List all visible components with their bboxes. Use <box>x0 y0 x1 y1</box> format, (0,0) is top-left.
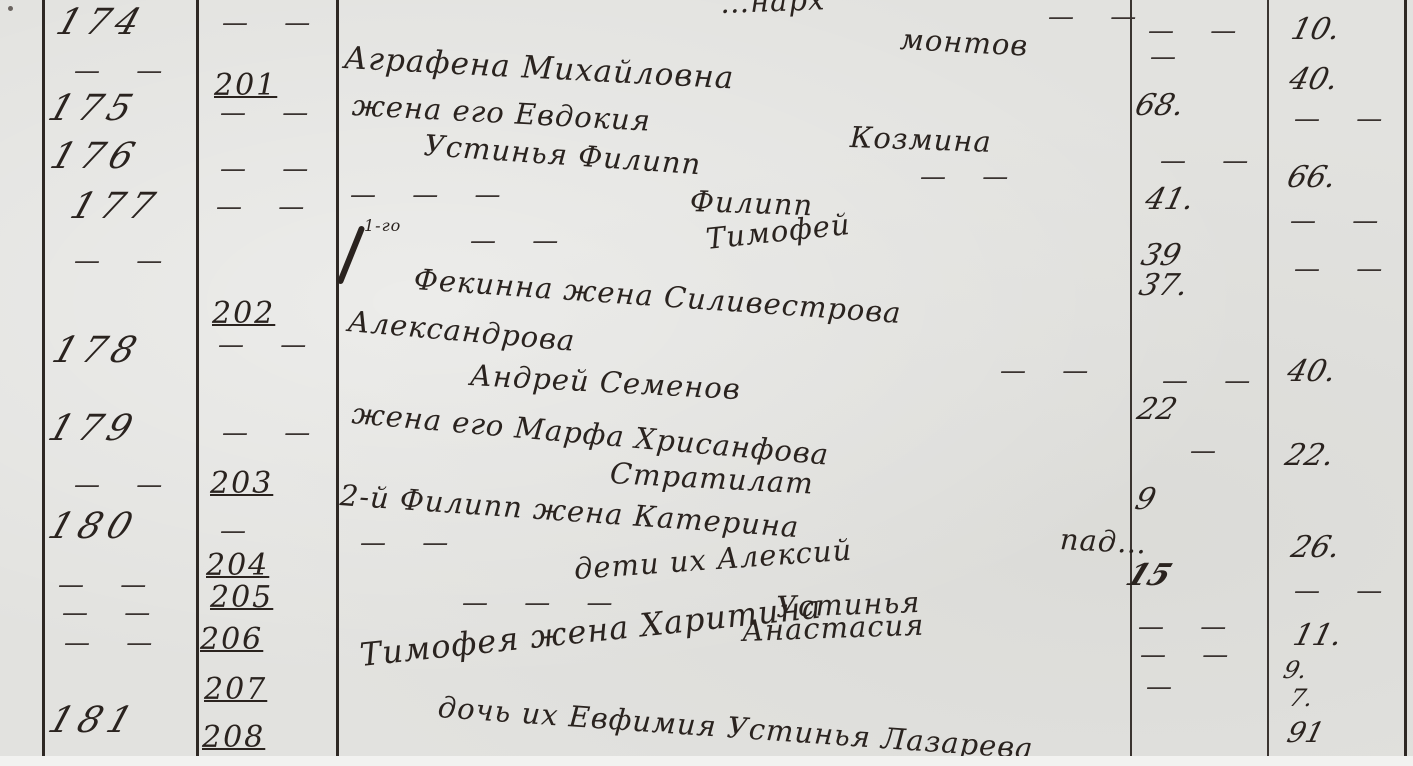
male-entry-no: 175 <box>43 88 143 129</box>
paper-speck <box>8 6 13 11</box>
register-page: 174 — — 175 176 177 — — 178 179 — — 180 … <box>0 0 1413 756</box>
male-age-dash: — <box>1190 436 1230 466</box>
household-dash: — — <box>218 330 320 360</box>
female-age: 40. <box>1284 354 1340 389</box>
person-name: Аграфена Михайловна <box>343 40 735 96</box>
male-age: 9 <box>1132 482 1160 517</box>
female-age: 22. <box>1282 438 1338 473</box>
female-age-dash: — — <box>1294 254 1396 284</box>
male-entry-dash: — — <box>74 56 176 86</box>
person-name: Козмина <box>849 120 992 159</box>
household-no: 202 <box>212 296 275 331</box>
male-age-dash: — — <box>1140 640 1242 670</box>
male-entry-no: 178 <box>47 330 147 371</box>
female-age-dash: — — <box>1294 104 1396 134</box>
bracket-marker <box>337 225 366 285</box>
person-name: дети их Алексий <box>573 533 853 586</box>
male-age-dash: — — <box>1138 612 1240 642</box>
male-age-dash: — <box>1146 672 1186 702</box>
female-age-dash: — — <box>1290 206 1392 236</box>
female-age: 66. <box>1284 160 1340 195</box>
household-no: 206 <box>200 622 263 657</box>
name-dash: — <box>1150 42 1190 72</box>
name-dash: — — <box>920 162 1022 192</box>
household-dash: — — <box>222 418 324 448</box>
male-entry-dash: — — <box>58 570 160 600</box>
female-age: 7. <box>1287 684 1317 712</box>
female-age: 91 <box>1284 716 1328 749</box>
column-rule-names <box>336 0 339 756</box>
column-rule-household <box>196 0 199 756</box>
column-rule-male-age <box>1130 0 1132 756</box>
household-no: 204 <box>206 548 269 583</box>
male-age: 68. <box>1132 88 1188 123</box>
male-entry-no: 176 <box>45 136 145 177</box>
female-age: 10. <box>1288 12 1344 47</box>
female-age-dash: — — <box>1294 576 1396 606</box>
annotation-note: …нарх <box>719 0 825 20</box>
column-rule-left <box>42 0 45 756</box>
male-entry-no: 181 <box>43 700 143 741</box>
column-rule-female-age <box>1267 0 1269 756</box>
household-dash: — — <box>222 8 324 38</box>
household-dash: — — <box>216 192 318 222</box>
household-no: 207 <box>204 672 267 707</box>
household-no: 203 <box>210 466 273 501</box>
household-no: 205 <box>210 580 273 615</box>
male-entry-dash: — — <box>64 628 166 658</box>
female-age: 26. <box>1288 530 1344 565</box>
male-age-dash: — — <box>1160 146 1262 176</box>
female-age: 9. <box>1281 656 1311 684</box>
male-entry-dash: — — <box>74 246 176 276</box>
male-entry-no: 177 <box>65 186 165 227</box>
bracket-label: 1-го <box>364 216 401 235</box>
household-dash: — — <box>220 154 322 184</box>
person-name: дочь их Евфимия Устинья Лазарева <box>437 690 1035 756</box>
person-name: Устинья Филипп <box>423 128 703 181</box>
household-dash: — — <box>220 98 322 128</box>
person-name: Андрей Семенов <box>469 358 741 406</box>
household-dash: — <box>220 516 260 546</box>
female-age: 11. <box>1290 618 1346 653</box>
person-name: жена его Марфа Хрисанфова <box>351 396 831 472</box>
household-no: 208 <box>202 720 265 755</box>
male-entry-dash: — — <box>62 598 164 628</box>
male-entry-dash: — — <box>74 470 176 500</box>
column-rule-right <box>1404 0 1407 756</box>
male-age: 22 <box>1134 392 1181 427</box>
person-name: жена его Евдокия <box>351 88 652 138</box>
name-dash: — — <box>470 226 572 256</box>
annotation-note: монтов <box>899 22 1029 63</box>
male-entry-no: 174 <box>51 2 151 43</box>
name-dash: — — — <box>350 180 515 210</box>
name-dash: — — <box>360 528 462 558</box>
male-age-dash: — — <box>1148 16 1250 46</box>
name-dash: — — <box>1000 356 1102 386</box>
person-name: Александрова <box>347 304 577 358</box>
name-dash: — — <box>1048 2 1150 32</box>
male-entry-no: 180 <box>43 506 143 547</box>
male-age: 41. <box>1142 182 1198 217</box>
person-name-suffix: пад… <box>1059 522 1148 561</box>
male-age: 37. <box>1136 268 1192 303</box>
male-entry-no: 179 <box>43 408 143 449</box>
female-age: 40. <box>1286 62 1342 97</box>
scan-bottom-margin <box>0 756 1413 766</box>
